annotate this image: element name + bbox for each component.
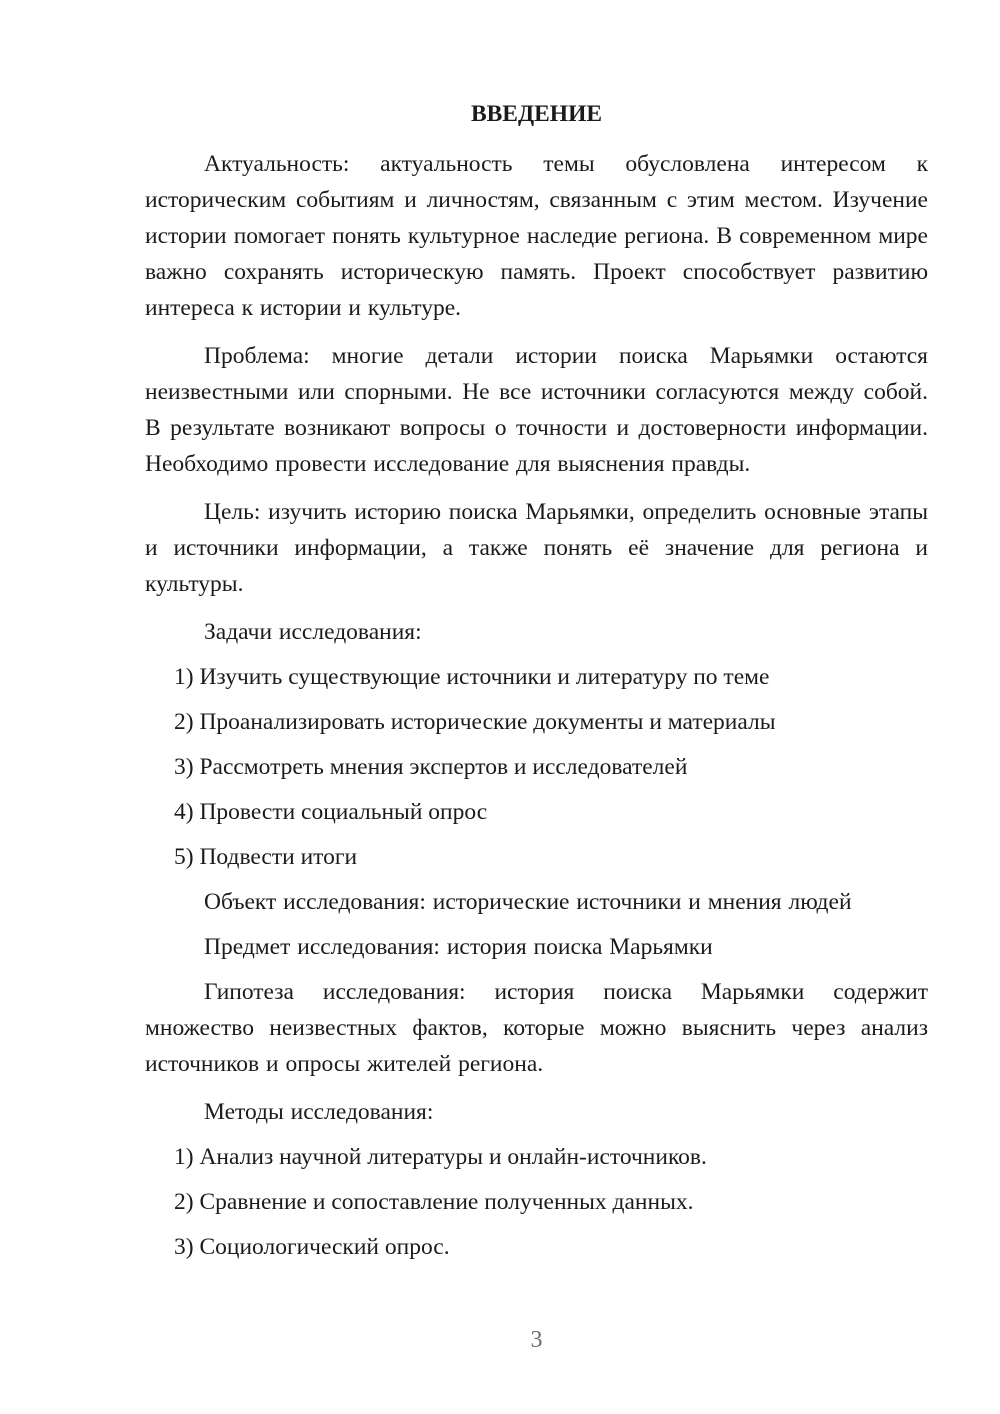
document-page: ВВЕДЕНИЕ Актуальность: актуальность темы… (0, 0, 1000, 1414)
method-item-3: 3) Социологический опрос. (145, 1229, 928, 1265)
method-item-1: 1) Анализ научной литературы и онлайн-ис… (145, 1139, 928, 1175)
task-item-1: 1) Изучить существующие источники и лите… (145, 659, 928, 695)
research-object: Объект исследования: исторические источн… (145, 884, 928, 920)
page-title: ВВЕДЕНИЕ (145, 96, 928, 132)
page-number: 3 (145, 1322, 928, 1358)
task-item-5: 5) Подвести итоги (145, 839, 928, 875)
paragraph-goal: Цель: изучить историю поиска Марьямки, о… (145, 494, 928, 602)
hypothesis-paragraph: Гипотеза исследования: история поиска Ма… (145, 974, 928, 1082)
research-subject: Предмет исследования: история поиска Мар… (145, 929, 928, 965)
paragraph-relevance: Актуальность: актуальность темы обусловл… (145, 146, 928, 326)
task-item-3: 3) Рассмотреть мнения экспертов и исслед… (145, 749, 928, 785)
methods-heading: Методы исследования: (145, 1094, 928, 1130)
method-item-2: 2) Сравнение и сопоставление полученных … (145, 1184, 928, 1220)
task-item-4: 4) Провести социальный опрос (145, 794, 928, 830)
tasks-heading: Задачи исследования: (145, 614, 928, 650)
paragraph-problem: Проблема: многие детали истории поиска М… (145, 338, 928, 482)
task-item-2: 2) Проанализировать исторические докумен… (145, 704, 928, 740)
